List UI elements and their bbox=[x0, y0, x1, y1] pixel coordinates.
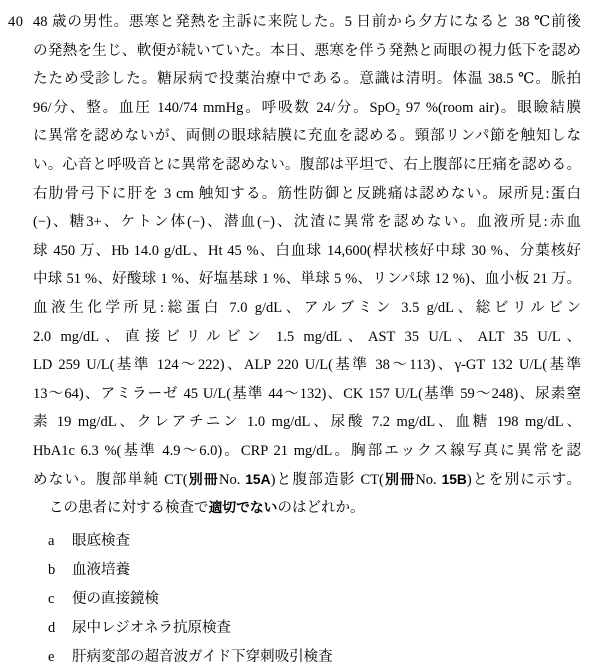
question-text-line: 48 歳の男性。悪寒と発熱を主訴に来院した。5 日前から夕方になると 38 ℃前… bbox=[33, 8, 581, 37]
option-letter: c bbox=[48, 585, 60, 614]
question-text-line: めない。腹部単純 CT(別冊No. 15A)と腹部造影 CT(別冊No. 15B… bbox=[33, 466, 581, 495]
option-b: b血液培養 bbox=[48, 556, 581, 585]
text-segment: の発熱を生じ、軟便が続いていた。本日、悪寒を伴う発熱と両眼の視力低下を認め bbox=[33, 43, 581, 59]
question-body: 48 歳の男性。悪寒と発熱を主訴に来院した。5 日前から夕方になると 38 ℃前… bbox=[33, 8, 581, 666]
text-segment: LD 259 U/L(基準 124〜222)、ALP 220 U/L(基準 38… bbox=[33, 357, 581, 373]
question-number: 40 bbox=[8, 8, 24, 37]
text-segment: 2.0 mg/dL、直接ビリルビン 1.5 mg/dL、AST 35 U/L、A… bbox=[33, 329, 581, 345]
text-segment: たため受診した。糖尿病で投薬治療中である。意識は清明。体温 38.5 ℃。脈拍 bbox=[33, 71, 581, 87]
question-text-line: HbA1c 6.3 %(基準 4.9〜6.0)。CRP 21 mg/dL。胸部エ… bbox=[33, 437, 581, 466]
question-text-line: 血液生化学所見:総蛋白 7.0 g/dL、アルブミン 3.5 g/dL、総ビリル… bbox=[33, 294, 581, 323]
question-text-line: 96/分、整。血圧 140/74 mmHg。呼吸数 24/分。SpO₂ 97 %… bbox=[33, 94, 581, 123]
text-segment: HbA1c 6.3 %(基準 4.9〜6.0)。CRP 21 mg/dL。胸部エ… bbox=[33, 443, 581, 459]
question-text-line: 中球 51 %、好酸球 1 %、好塩基球 1 %、単球 5 %、リンパ球 12 … bbox=[33, 265, 581, 294]
option-c: c便の直接鏡検 bbox=[48, 585, 581, 614]
question-text-line: い。心音と呼吸音とに異常を認めない。腹部は平坦で、右上腹部に圧痛を認める。 bbox=[33, 151, 581, 180]
question-text-line: の発熱を生じ、軟便が続いていた。本日、悪寒を伴う発熱と両眼の視力低下を認め bbox=[33, 37, 581, 66]
option-letter: d bbox=[48, 614, 60, 643]
option-text: 尿中レジオネラ抗原検査 bbox=[72, 614, 231, 643]
text-segment: 中球 51 %、好酸球 1 %、好塩基球 1 %、単球 5 %、リンパ球 12 … bbox=[33, 271, 581, 287]
text-segment: い。心音と呼吸音とに異常を認めない。腹部は平坦で、右上腹部に圧痛を認める。 bbox=[33, 157, 581, 173]
text-segment: (−)、糖3+、ケトン体(−)、潜血(−)、沈渣に異常を認めない。血液所見:赤血 bbox=[33, 214, 581, 230]
options-list: a眼底検査b血液培養c便の直接鏡検d尿中レジオネラ抗原検査e肝病変部の超音波ガイ… bbox=[33, 527, 581, 666]
text-segment: 球 450 万、Hb 14.0 g/dL、Ht 45 %、白血球 14,600(… bbox=[33, 243, 581, 259]
text-segment: に異常を認めないが、両側の眼球結膜に充血を認める。頸部リンパ節を触知しな bbox=[33, 128, 581, 144]
option-letter: e bbox=[48, 643, 60, 666]
emphasized-text: 15A bbox=[245, 472, 270, 487]
question-text-line: (−)、糖3+、ケトン体(−)、潜血(−)、沈渣に異常を認めない。血液所見:赤血 bbox=[33, 208, 581, 237]
text-segment: のはどれか。 bbox=[277, 500, 364, 516]
option-text: 肝病変部の超音波ガイド下穿刺吸引検査 bbox=[72, 643, 333, 666]
text-segment: 血液生化学所見:総蛋白 7.0 g/dL、アルブミン 3.5 g/dL、総ビリル… bbox=[33, 300, 581, 316]
text-segment: )とを別に示す。 bbox=[467, 472, 581, 488]
option-e: e肝病変部の超音波ガイド下穿刺吸引検査 bbox=[48, 643, 581, 666]
question-text-line: 2.0 mg/dL、直接ビリルビン 1.5 mg/dL、AST 35 U/L、A… bbox=[33, 323, 581, 352]
question-text-line: たため受診した。糖尿病で投薬治療中である。意識は清明。体温 38.5 ℃。脈拍 bbox=[33, 65, 581, 94]
text-segment: 素 19 mg/dL、クレアチニン 1.0 mg/dL、尿酸 7.2 mg/dL… bbox=[33, 414, 581, 430]
option-letter: b bbox=[48, 556, 60, 585]
emphasized-text: 別冊 bbox=[188, 472, 219, 487]
text-segment: 48 歳の男性。悪寒と発熱を主訴に来院した。5 日前から夕方になると 38 ℃前… bbox=[33, 14, 581, 30]
text-segment: この患者に対する検査で bbox=[49, 500, 209, 516]
question-text-line: 素 19 mg/dL、クレアチニン 1.0 mg/dL、尿酸 7.2 mg/dL… bbox=[33, 408, 581, 437]
option-text: 血液培養 bbox=[72, 556, 130, 585]
question-text-line: 右肋骨弓下に肝を 3 cm 触知する。筋性防御と反跳痛は認めない。尿所見:蛋白 bbox=[33, 180, 581, 209]
text-segment: No. bbox=[219, 472, 245, 488]
exam-question-page: 40 48 歳の男性。悪寒と発熱を主訴に来院した。5 日前から夕方になると 38… bbox=[0, 0, 589, 666]
question-prompt: この患者に対する検査で適切でないのはどれか。 bbox=[33, 494, 581, 523]
question-text-line: 13〜64)、アミラーゼ 45 U/L(基準 44〜132)、CK 157 U/… bbox=[33, 380, 581, 409]
text-segment: 13〜64)、アミラーゼ 45 U/L(基準 44〜132)、CK 157 U/… bbox=[33, 386, 581, 402]
question-text-line: に異常を認めないが、両側の眼球結膜に充血を認める。頸部リンパ節を触知しな bbox=[33, 122, 581, 151]
text-segment: 右肋骨弓下に肝を 3 cm 触知する。筋性防御と反跳痛は認めない。尿所見:蛋白 bbox=[33, 186, 581, 202]
emphasized-text: 15B bbox=[442, 472, 467, 487]
question-text-line: LD 259 U/L(基準 124〜222)、ALP 220 U/L(基準 38… bbox=[33, 351, 581, 380]
question-text-line: 球 450 万、Hb 14.0 g/dL、Ht 45 %、白血球 14,600(… bbox=[33, 237, 581, 266]
option-letter: a bbox=[48, 527, 60, 556]
emphasized-text: 適切でない bbox=[209, 500, 278, 515]
text-segment: )と腹部造影 CT( bbox=[271, 472, 384, 488]
text-segment: No. bbox=[415, 472, 441, 488]
text-segment: 96/分、整。血圧 140/74 mmHg。呼吸数 24/分。SpO₂ 97 %… bbox=[33, 100, 581, 116]
option-text: 便の直接鏡検 bbox=[72, 585, 159, 614]
option-a: a眼底検査 bbox=[48, 527, 581, 556]
option-text: 眼底検査 bbox=[72, 527, 130, 556]
text-segment: めない。腹部単純 CT( bbox=[33, 472, 188, 488]
option-d: d尿中レジオネラ抗原検査 bbox=[48, 614, 581, 643]
emphasized-text: 別冊 bbox=[384, 472, 415, 487]
